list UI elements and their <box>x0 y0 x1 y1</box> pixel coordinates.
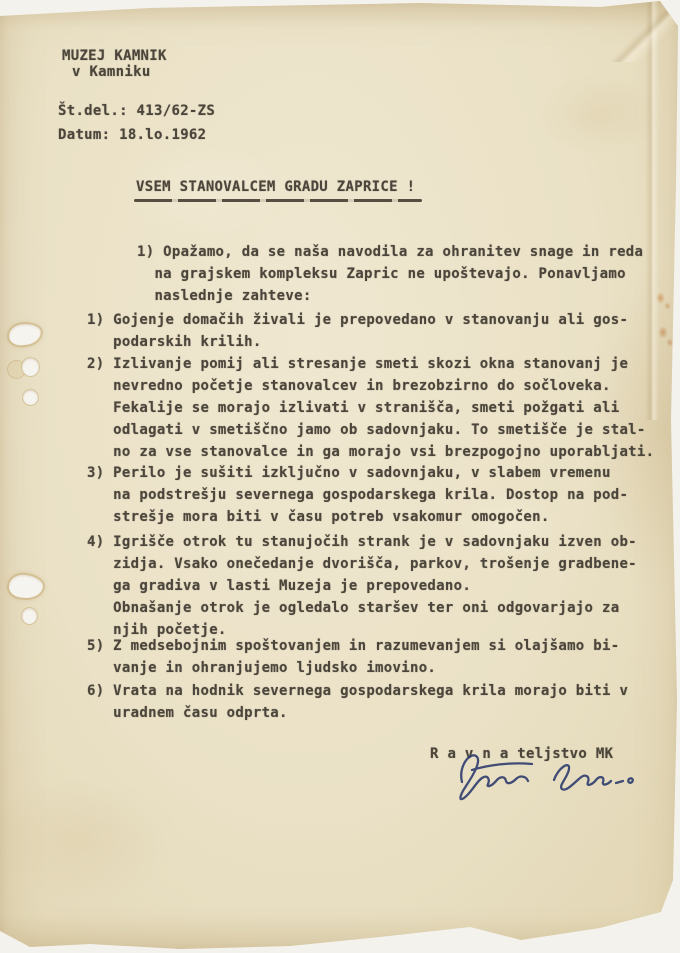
letterhead-place: v Kamniku <box>72 64 151 80</box>
stain-mark <box>656 292 665 304</box>
torn-punch-hole <box>8 322 42 346</box>
list-item-4: 4) Igrišče otrok tu stanujočih strank je… <box>87 531 637 641</box>
punch-hole <box>22 608 37 624</box>
list-item-1: 1) Gojenje domačih živali je prepovedano… <box>87 309 628 353</box>
document-title: VSEM STANOVALCEM GRADU ZAPRICE ! <box>136 176 415 198</box>
punch-hole <box>23 390 38 405</box>
stain-mark <box>658 326 668 339</box>
handwritten-signature <box>448 748 640 806</box>
list-item-2: 2) Izlivanje pomij ali stresanje smeti s… <box>87 353 654 463</box>
document-page: MUZEJ KAMNIK v Kamniku Št.del.: 413/62-Z… <box>0 0 680 953</box>
letterhead-org: MUZEJ KAMNIK <box>62 48 167 64</box>
list-item-5: 5) Z medsebojnim spoštovanjem in razumev… <box>87 635 619 679</box>
punch-hole <box>22 358 39 376</box>
stain-mark <box>666 338 674 347</box>
intro-paragraph: 1) Opažamo, da se naša navodila za ohran… <box>137 241 643 307</box>
date-line: Datum: 18.lo.1962 <box>58 124 206 146</box>
reference-number: Št.del.: 413/62-ZS <box>58 99 215 123</box>
paper-fold-corner <box>598 0 680 62</box>
list-item-3: 3) Perilo je sušiti izključno v sadovnja… <box>87 462 628 528</box>
stain-mark <box>664 302 671 310</box>
list-item-6: 6) Vrata na hodnik severnega gospodarske… <box>87 680 628 724</box>
torn-punch-hole <box>8 574 44 600</box>
title-underline <box>134 199 422 202</box>
